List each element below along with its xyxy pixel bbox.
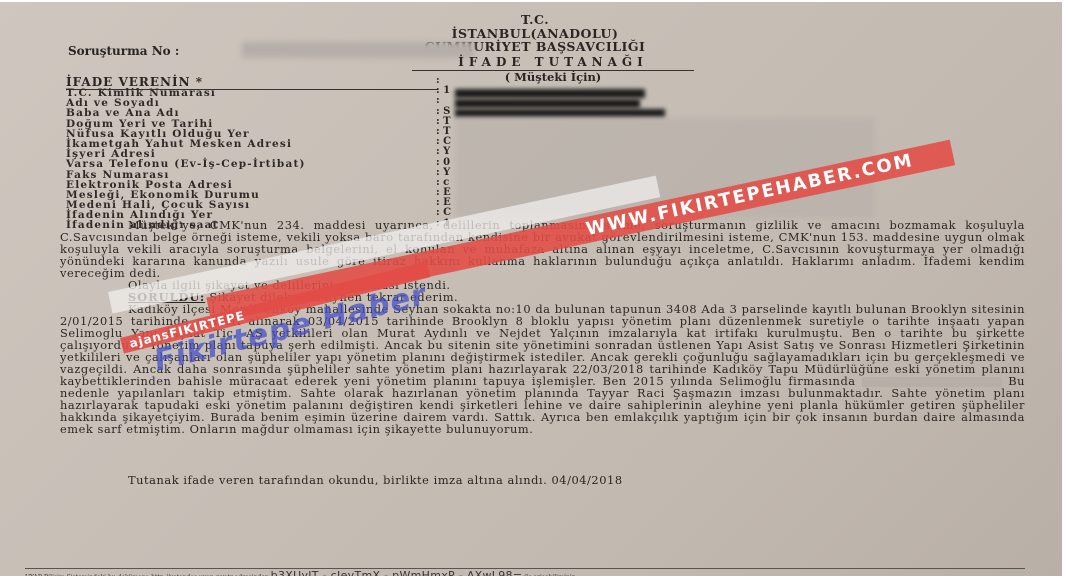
document-title: İFADE TUTANAĞI: [412, 54, 694, 71]
paper-edge: [0, 0, 1070, 2]
document-subtitle: ( Müşteki İçin): [412, 70, 694, 84]
document-page: T.C. İSTANBUL(ANADOLU) CUMHURİYET BAŞSAV…: [0, 0, 1070, 580]
redaction-id: [455, 89, 645, 98]
redaction-name: [455, 99, 640, 108]
field-label: Varsa Telefonu (Ev-İş-Cep-İrtibat): [66, 159, 306, 169]
header-tc: T.C.: [0, 12, 1070, 27]
form-field-values: :: 1: : S: T: T: C: Y: 0: Y: c: E: E: C:…: [436, 76, 451, 229]
field-value: : Y: [436, 147, 451, 157]
case-number-label: Soruşturma No :: [68, 44, 179, 58]
redaction-parents: [455, 109, 665, 117]
paper-edge-bottom: [0, 576, 1070, 580]
paper-edge-right: [1062, 0, 1070, 580]
closing-statement: Tutanak ifade veren tarafından okundu, b…: [128, 473, 623, 487]
form-field-labels: T.C. Kimlik NumarasıAdı ve SoyadıBaba ve…: [66, 88, 306, 231]
